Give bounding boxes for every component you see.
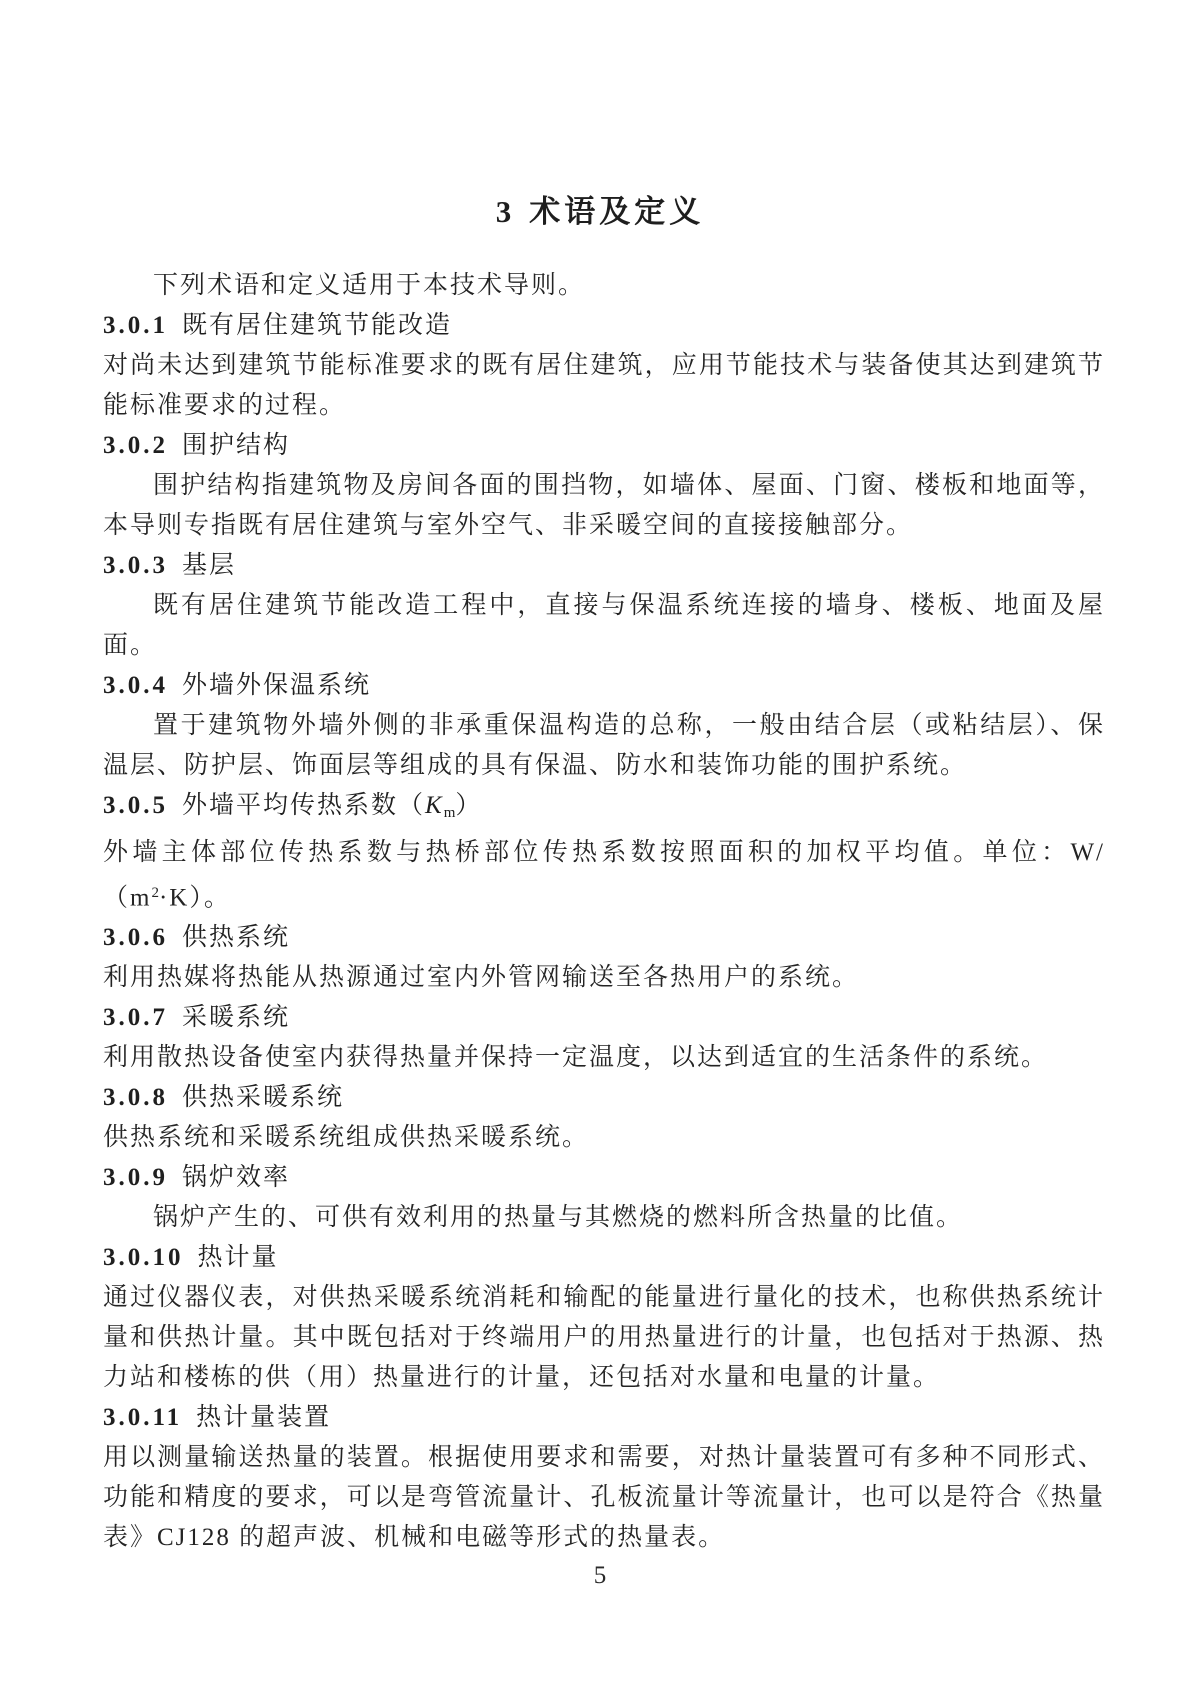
term-section: 3.0.8供热采暖系统 供热系统和采暖系统组成供热采暖系统。	[103, 1078, 1105, 1158]
chapter-number: 3	[496, 194, 512, 229]
term-heading: 3.0.9锅炉效率	[103, 1158, 1105, 1198]
term-section: 3.0.6供热系统 利用热媒将热能从热源通过室内外管网输送至各热用户的系统。	[103, 918, 1105, 998]
definition-paragraph: 供热系统和采暖系统组成供热采暖系统。	[103, 1118, 1105, 1158]
term-number: 3.0.2	[103, 432, 168, 459]
term-section: 3.0.9锅炉效率 锅炉产生的、可供有效利用的热量与其燃烧的燃料所含热量的比值。	[103, 1158, 1105, 1238]
definition-paragraph: 锅炉产生的、可供有效利用的热量与其燃烧的燃料所含热量的比值。	[103, 1198, 1105, 1238]
term-heading: 3.0.7采暖系统	[103, 998, 1105, 1038]
term-section: 3.0.3基层 既有居住建筑节能改造工程中，直接与保温系统连接的墙身、楼板、地面…	[103, 546, 1105, 666]
term-section: 3.0.7采暖系统 利用散热设备使室内获得热量并保持一定温度，以达到适宜的生活条…	[103, 998, 1105, 1078]
term-section: 3.0.10热计量 通过仪器仪表，对供热采暖系统消耗和输配的能量进行量化的技术，…	[103, 1238, 1105, 1398]
definition-paragraph: 利用热媒将热能从热源通过室内外管网输送至各热用户的系统。	[103, 958, 1105, 998]
term-section: 3.0.1既有居住建筑节能改造 对尚未达到建筑节能标准要求的既有居住建筑，应用节…	[103, 306, 1105, 426]
term-heading: 3.0.2围护结构	[103, 426, 1105, 466]
definition-paragraph: 置于建筑物外墙外侧的非承重保温构造的总称，一般由结合层（或粘结层）、保温层、防护…	[103, 706, 1105, 786]
term-name: 外墙外保温系统	[182, 672, 371, 699]
term-section: 3.0.11热计量装置 用以测量输送热量的装置。根据使用要求和需要，对热计量装置…	[103, 1398, 1105, 1558]
term-number: 3.0.5	[103, 792, 168, 819]
intro-paragraph: 下列术语和定义适用于本技术导则。	[103, 266, 1105, 306]
term-number: 3.0.6	[103, 924, 168, 951]
term-section: 3.0.4外墙外保温系统 置于建筑物外墙外侧的非承重保温构造的总称，一般由结合层…	[103, 666, 1105, 786]
definition-paragraph: 利用散热设备使室内获得热量并保持一定温度，以达到适宜的生活条件的系统。	[103, 1038, 1105, 1078]
definition-paragraph: 对尚未达到建筑节能标准要求的既有居住建筑，应用节能技术与装备使其达到建筑节能标准…	[103, 346, 1105, 426]
definition-paragraph: 外墙主体部位传热系数与热桥部位传热系数按照面积的加权平均值。单位：W/（m2·K…	[103, 833, 1105, 918]
term-name: 基层	[182, 552, 236, 579]
definition-paragraph: 既有居住建筑节能改造工程中，直接与保温系统连接的墙身、楼板、地面及屋面。	[103, 586, 1105, 666]
definition-paragraph: 用以测量输送热量的装置。根据使用要求和需要，对热计量装置可有多种不同形式、功能和…	[103, 1438, 1105, 1558]
term-name: 供热采暖系统	[182, 1084, 344, 1111]
term-heading: 3.0.1既有居住建筑节能改造	[103, 306, 1105, 346]
term-number: 3.0.10	[103, 1244, 184, 1271]
term-number: 3.0.8	[103, 1084, 168, 1111]
term-name: 热计量装置	[196, 1404, 331, 1431]
document-page: 3术语及定义 下列术语和定义适用于本技术导则。 3.0.1既有居住建筑节能改造 …	[0, 0, 1200, 1697]
term-number: 3.0.4	[103, 672, 168, 699]
term-number: 3.0.11	[103, 1404, 182, 1431]
term-number: 3.0.3	[103, 552, 168, 579]
term-heading: 3.0.8供热采暖系统	[103, 1078, 1105, 1118]
term-number: 3.0.7	[103, 1004, 168, 1031]
chapter-title: 术语及定义	[529, 194, 704, 229]
term-name: 采暖系统	[182, 1004, 290, 1031]
definition-paragraph: 通过仪器仪表，对供热采暖系统消耗和输配的能量进行量化的技术，也称供热系统计量和供…	[103, 1278, 1105, 1398]
term-name: 外墙平均传热系数（Km）	[182, 792, 482, 819]
term-heading: 3.0.6供热系统	[103, 918, 1105, 958]
term-heading: 3.0.10热计量	[103, 1238, 1105, 1278]
document-content: 下列术语和定义适用于本技术导则。 3.0.1既有居住建筑节能改造 对尚未达到建筑…	[103, 266, 1105, 1558]
terms-list: 3.0.1既有居住建筑节能改造 对尚未达到建筑节能标准要求的既有居住建筑，应用节…	[103, 306, 1105, 1558]
definition-paragraph: 围护结构指建筑物及房间各面的围挡物，如墙体、屋面、门窗、楼板和地面等，本导则专指…	[103, 466, 1105, 546]
term-name: 围护结构	[182, 432, 290, 459]
term-section: 3.0.2围护结构 围护结构指建筑物及房间各面的围挡物，如墙体、屋面、门窗、楼板…	[103, 426, 1105, 546]
term-heading: 3.0.5外墙平均传热系数（Km）	[103, 786, 1105, 833]
term-name: 锅炉效率	[182, 1164, 290, 1191]
term-section: 3.0.5外墙平均传热系数（Km） 外墙主体部位传热系数与热桥部位传热系数按照面…	[103, 786, 1105, 918]
term-heading: 3.0.4外墙外保温系统	[103, 666, 1105, 706]
term-heading: 3.0.3基层	[103, 546, 1105, 586]
page-number: 5	[0, 1562, 1200, 1590]
term-number: 3.0.1	[103, 312, 168, 339]
term-name: 供热系统	[182, 924, 290, 951]
term-name: 热计量	[198, 1244, 279, 1271]
term-heading: 3.0.11热计量装置	[103, 1398, 1105, 1438]
page-title: 3术语及定义	[0, 186, 1200, 231]
term-name: 既有居住建筑节能改造	[182, 312, 452, 339]
term-number: 3.0.9	[103, 1164, 168, 1191]
